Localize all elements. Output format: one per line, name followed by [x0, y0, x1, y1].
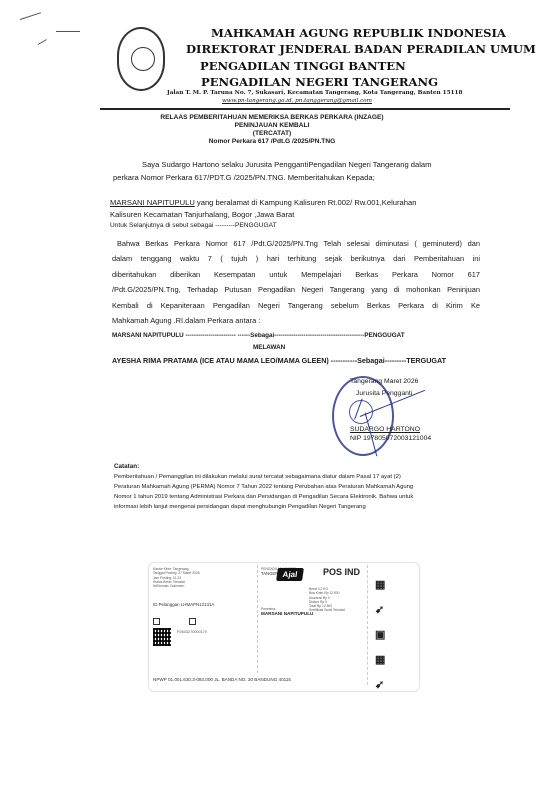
receipt-line: Tanggal Posting: 27 Maret 2026 — [153, 571, 200, 575]
qr-code-icon — [153, 628, 171, 646]
court-logo: PENGADILAN NEGERI TANGERANG — [117, 27, 165, 91]
bird-glyph-icon: ➹ — [375, 603, 384, 616]
scan-mark — [38, 39, 47, 45]
receipt-line: Bea Kirim Rp 12.500 — [309, 591, 345, 595]
note-line: Pemberitahuan / Pemanggilan ini dilakuka… — [114, 474, 401, 480]
logo-emblem-icon — [131, 47, 155, 71]
para-line: Bahwa Berkas Perkara Nomor 617 /Pdt.G/20… — [117, 239, 480, 248]
para-line: Kembali di Kepaniteraan Pengadilan Neger… — [112, 301, 480, 310]
recipient-address1: yang beralamat di Kampung Kalisuren Rt.0… — [195, 198, 417, 207]
note-heading: Catatan: — [114, 463, 139, 470]
letterhead-line3: PENGADILAN TINGGI BANTEN — [200, 59, 406, 73]
note-line: Nomor 1 tahun 2019 tentang Administrasi … — [114, 494, 413, 500]
doc-subtitle: PENINJAUAN KEMBALI — [0, 122, 544, 129]
letterhead-line1: MAHKAMAH AGUNG REPUBLIK INDONESIA — [211, 26, 506, 40]
receipt-id-pelanggan: ID Pelanggan LHMAPN12131A — [153, 603, 214, 607]
scan-mark — [20, 12, 41, 20]
brand-logo-ajal: Ajal — [276, 568, 304, 581]
receipt-col3: Berat 0,2 KG Bea Kirim Rp 12.500 Asurans… — [309, 587, 345, 613]
recipient-block: MARSANI NAPITUPULU yang beralamat di Kam… — [110, 198, 416, 207]
letterhead-line2: DIREKTORAT JENDERAL BADAN PERADILAN UMUM — [186, 42, 536, 56]
receipt-divider — [257, 565, 258, 673]
brand-logo-pos: POS IND — [323, 567, 360, 577]
case-number: Nomor Perkara 617 /Pdt.G /2025/PN.TNG — [0, 138, 544, 145]
doc-title: RELAAS PEMBERITAHUAN MEMERIKSA BERKAS PE… — [0, 114, 544, 121]
party-defendant: AYESHA RIMA PRATAMA (ICE ATAU MAMA LEO/M… — [112, 356, 446, 365]
qr-glyph-icon: ▦ — [375, 653, 385, 666]
recipient-address2: Kalisuren Kecamatan Tanjurhalang, Bogor … — [110, 210, 294, 219]
letterhead-web[interactable]: www.pn-tangerang.go.id, pn.tanggerang@gm… — [222, 98, 372, 104]
checkbox-icon — [189, 618, 196, 625]
signature-role: Jurusita Pengganti — [356, 390, 412, 397]
intro-line2: perkara Nomor Perkara 617/PDT.G /2025/PN… — [113, 173, 375, 182]
checkbox-icon — [153, 618, 160, 625]
receipt-line: Isi/Kiriman: Dokumen — [153, 584, 200, 588]
recipient-name: MARSANI NAPITUPULU — [110, 198, 195, 207]
qr-glyph-icon: ▦ — [375, 578, 385, 591]
doc-type: (TERCATAT) — [0, 130, 544, 137]
note-line: informasi lebih lanjut mengenai persidan… — [114, 504, 366, 510]
para-line: /Pdt.G/2025/PN.Tng, Terhadap Putusan Pen… — [112, 285, 480, 294]
para-line: diberitahukan diberikan Kesempatan untuk… — [112, 270, 480, 279]
receipt-line: Sertifikasi Surat Tercatat — [309, 608, 345, 612]
para-line: dalam tenggang waktu 7 ( tujuh ) hari te… — [112, 254, 480, 263]
letterhead-rule — [100, 108, 510, 110]
package-glyph-icon: ▣ — [375, 628, 385, 641]
para-line: Mahkamah Agung .RI.dalam Perkara antara … — [112, 316, 260, 325]
party-plaintiff: MARSANI NAPITUPULU ---------------------… — [112, 332, 405, 339]
signature-name: SUDARGO HARTONO — [350, 426, 420, 433]
receipt-recipient: MARSANI NAPITUPULU — [261, 612, 313, 616]
receipt-barcode-no: P2603270000170 — [177, 630, 207, 634]
scan-mark — [56, 31, 80, 32]
receipt-divider — [367, 565, 368, 685]
note-line: Peraturan Mahkamah Agung (PERMA) Nomor 7… — [114, 484, 413, 490]
receipt-npwp: NPWP 01.001.630.3-093.000 JL. BANDA NO. … — [153, 678, 291, 682]
recipient-role: Untuk Selanjutnya di sebut sebagai -----… — [110, 222, 277, 229]
versus-label: MELAWAN — [253, 344, 285, 351]
letterhead-address: Jalan T. M. P. Taruna No. 7, Sukasari, K… — [167, 90, 462, 96]
intro-line1: Saya Sudargo Hartono selaku Jurusita Pen… — [142, 160, 431, 169]
bird-glyph-icon: ➹ — [375, 678, 384, 691]
signature-nip: NIP 197805072003121004 — [350, 435, 431, 442]
letterhead-line4: PENGADILAN NEGERI TANGERANG — [201, 75, 438, 89]
receipt-col1: Kantor Kirim: Tangerang Tanggal Posting:… — [153, 567, 200, 588]
signature-place-date: Tangerang Maret 2026 — [350, 378, 418, 385]
